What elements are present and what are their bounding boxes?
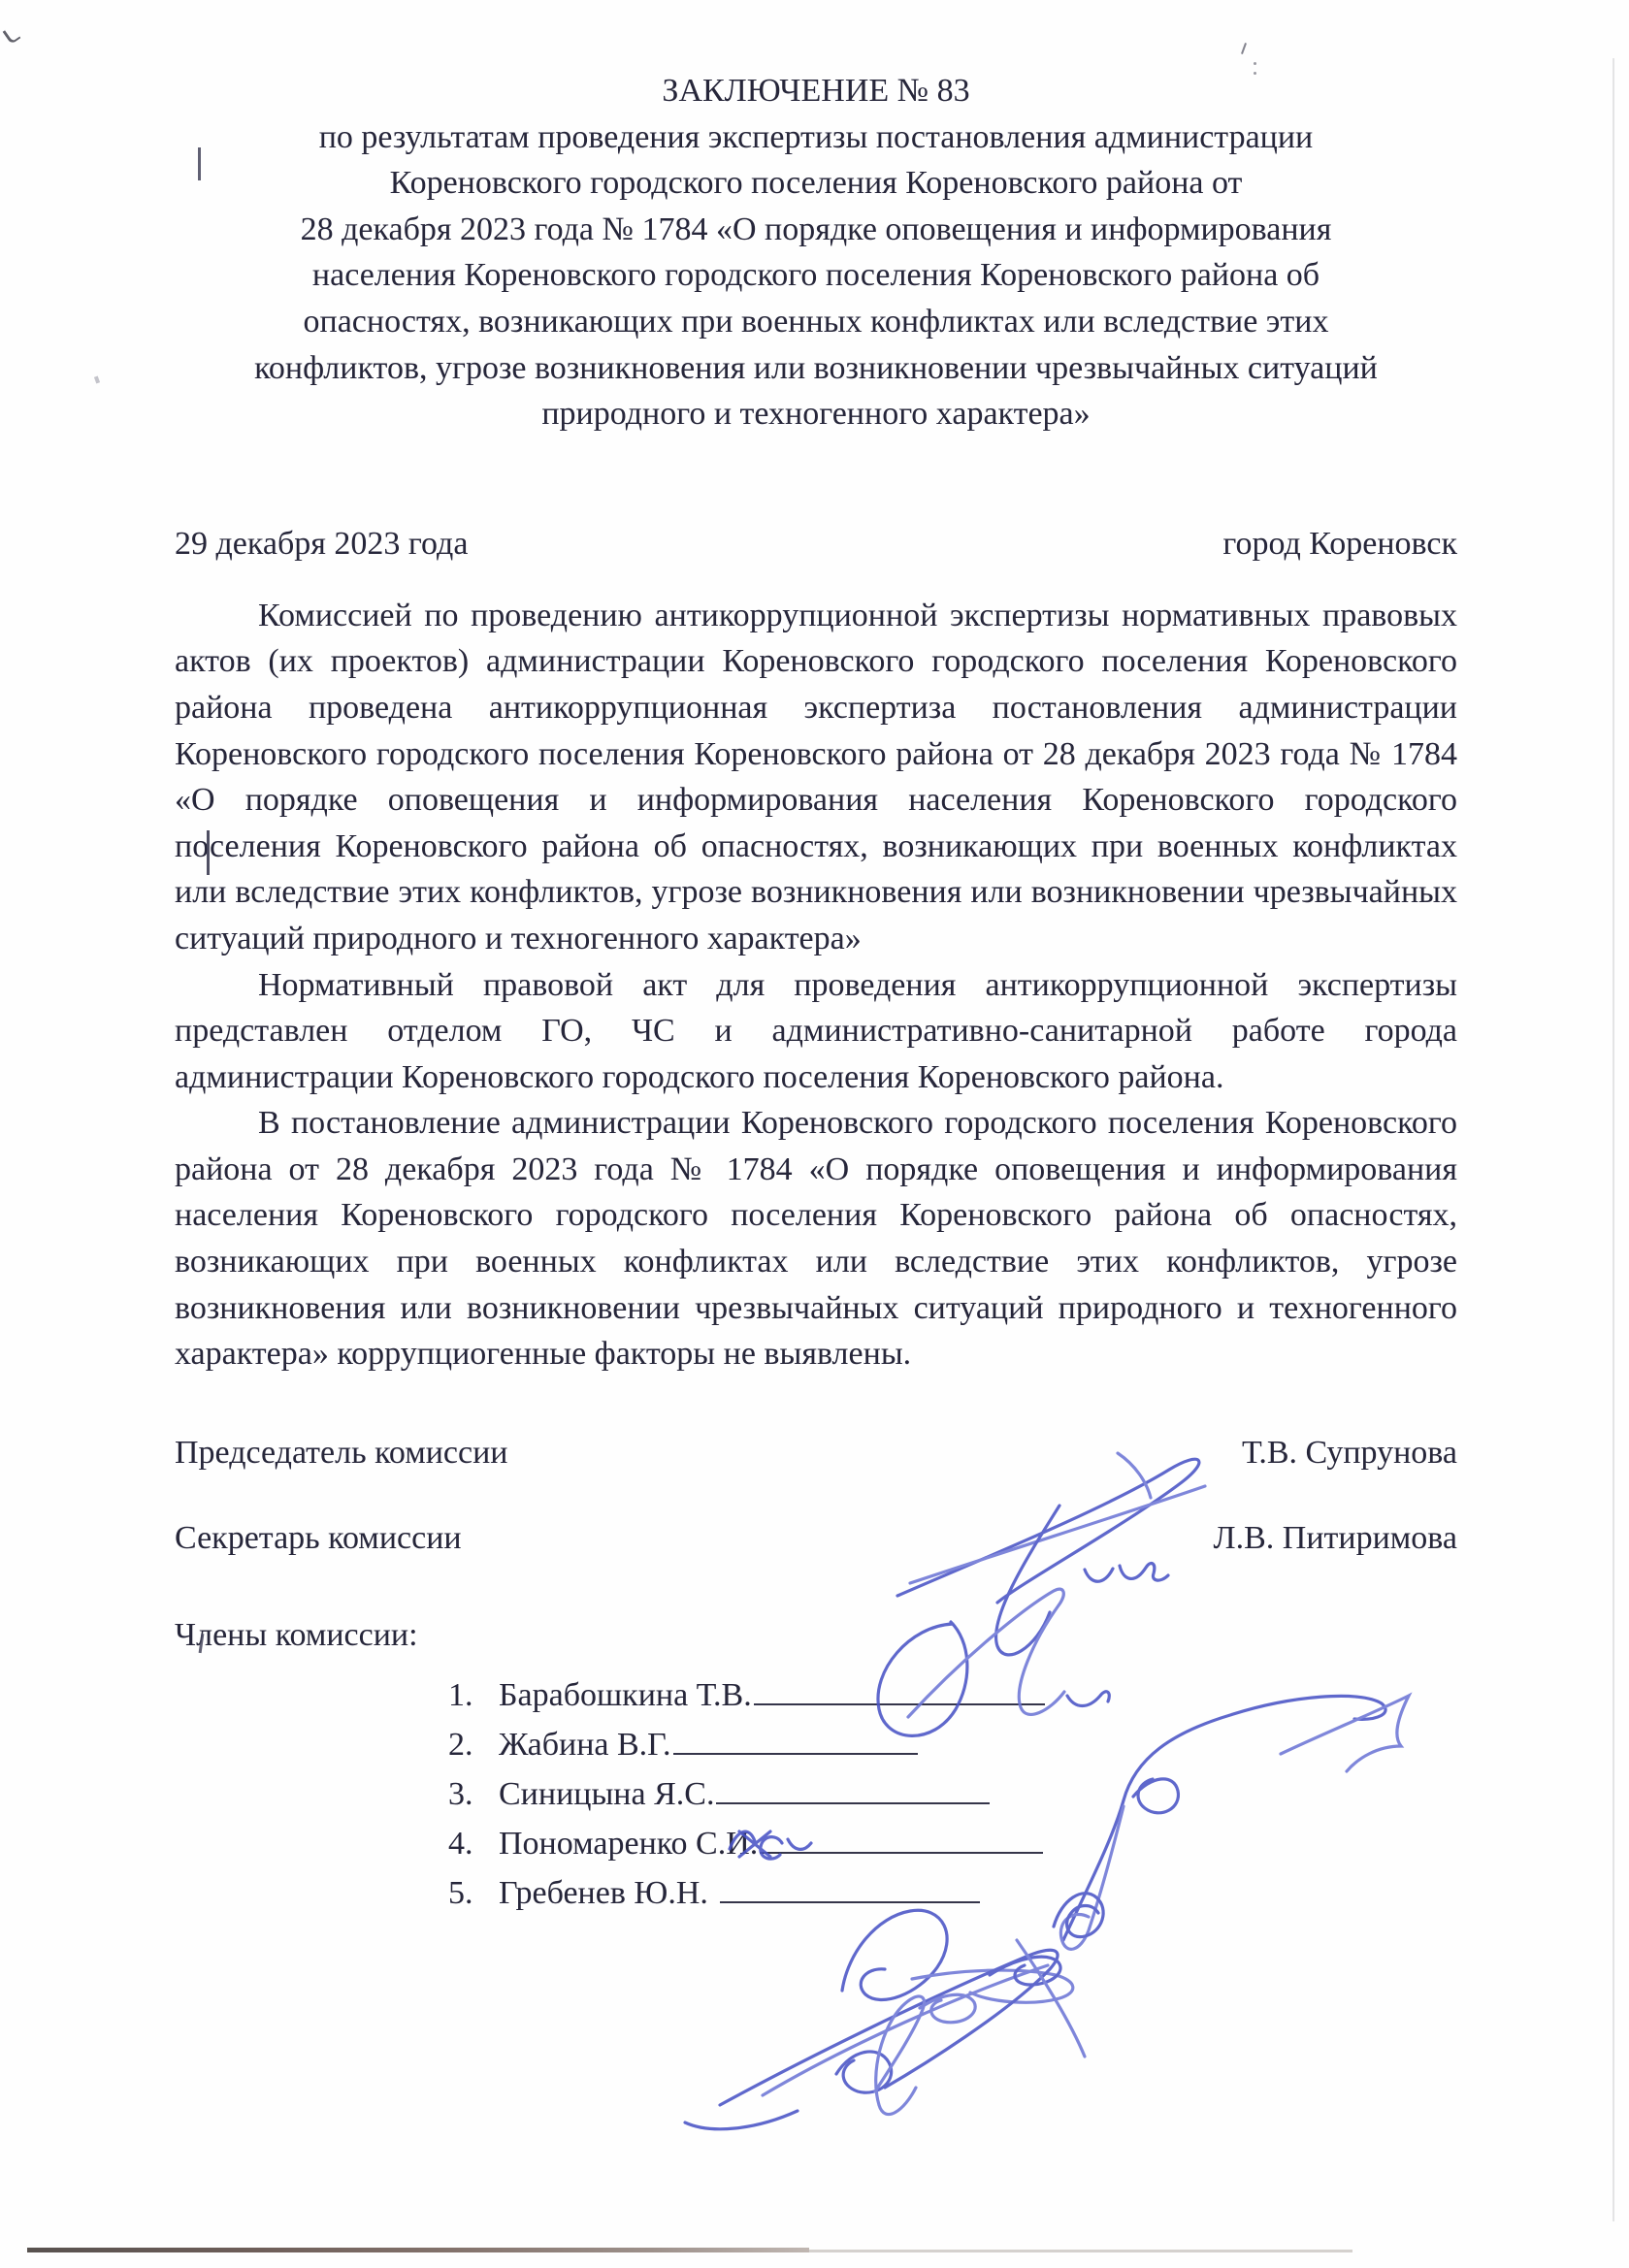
paragraph-1: Комиссией по проведению антикоррупционно…: [175, 593, 1457, 962]
member-name: Пономаренко С.И.: [499, 1826, 758, 1862]
document-title-block: ЗАКЛЮЧЕНИЕ № 83 по результатам проведени…: [175, 68, 1457, 437]
member-number: 4.: [448, 1819, 499, 1868]
document-date: 29 декабря 2023 года: [175, 521, 468, 567]
member-name: Гребенев Ю.Н.: [499, 1875, 708, 1911]
scan-edge-shadow: [27, 2248, 809, 2252]
title-line: Кореновского городского поселения Корено…: [175, 160, 1457, 207]
secretary-name: Л.В. Питиримова: [1214, 1515, 1457, 1562]
signature-line: [754, 1670, 1045, 1705]
scan-artifact: [2, 25, 20, 45]
document-content: ЗАКЛЮЧЕНИЕ № 83 по результатам проведени…: [175, 68, 1457, 1918]
document-place: город Кореновск: [1222, 521, 1457, 567]
signature-line: [720, 1868, 980, 1903]
member-row: 1.Барабошкина Т.В.: [175, 1670, 1457, 1720]
title-line: природного и техногенного характера»: [175, 391, 1457, 437]
member-name: Синицына Я.С.: [499, 1776, 714, 1812]
member-row: 2.Жабина В.Г.: [175, 1720, 1457, 1769]
member-name: Жабина В.Г.: [499, 1727, 671, 1763]
document-body: Комиссией по проведению антикоррупционно…: [175, 593, 1457, 1377]
scan-edge-line: [1613, 58, 1614, 2221]
member-row: 4.Пономаренко С.И.: [175, 1819, 1457, 1868]
scan-artifact: [1241, 43, 1247, 54]
signature-line: [760, 1819, 1043, 1854]
paragraph-3: В постановление администрации Кореновско…: [175, 1100, 1457, 1377]
signature-block: Председатель комиссии Т.В. Супрунова Сек…: [175, 1430, 1457, 1562]
scanned-document-page: ЗАКЛЮЧЕНИЕ № 83 по результатам проведени…: [0, 0, 1629, 2268]
chairman-name: Т.В. Супрунова: [1242, 1430, 1457, 1476]
signature-line: [673, 1720, 918, 1755]
date-place-row: 29 декабря 2023 года город Кореновск: [175, 521, 1457, 567]
member-number: 5.: [448, 1868, 499, 1918]
member-name: Барабошкина Т.В.: [499, 1677, 752, 1713]
member-row: 3.Синицына Я.С.: [175, 1769, 1457, 1819]
title-line: по результатам проведения экспертизы пос…: [175, 114, 1457, 161]
members-heading: Члены комиссии:: [175, 1612, 1457, 1659]
title-line: 28 декабря 2023 года № 1784 «О порядке о…: [175, 207, 1457, 253]
signatory-row-chairman: Председатель комиссии Т.В. Супрунова: [175, 1430, 1457, 1476]
signatory-row-secretary: Секретарь комиссии Л.В. Питиримова: [175, 1515, 1457, 1562]
scan-edge-shadow: [809, 2250, 1352, 2252]
title-line: населения Кореновского городского поселе…: [175, 252, 1457, 299]
document-title: ЗАКЛЮЧЕНИЕ № 83: [175, 68, 1457, 114]
title-line: конфликтов, угрозе возникновения или воз…: [175, 345, 1457, 392]
paragraph-2: Нормативный правовой акт для проведения …: [175, 962, 1457, 1101]
chairman-role-label: Председатель комиссии: [175, 1430, 508, 1476]
signature-line: [716, 1769, 990, 1804]
member-number: 1.: [448, 1670, 499, 1720]
title-line: опасностях, возникающих при военных конф…: [175, 299, 1457, 345]
scan-artifact: [94, 376, 100, 384]
member-row: 5.Гребенев Ю.Н.: [175, 1868, 1457, 1918]
members-list: 1.Барабошкина Т.В. 2.Жабина В.Г. 3.Синиц…: [175, 1670, 1457, 1918]
secretary-role-label: Секретарь комиссии: [175, 1515, 462, 1562]
member-number: 2.: [448, 1720, 499, 1769]
member-number: 3.: [448, 1769, 499, 1819]
scan-artifact: [1254, 62, 1256, 65]
